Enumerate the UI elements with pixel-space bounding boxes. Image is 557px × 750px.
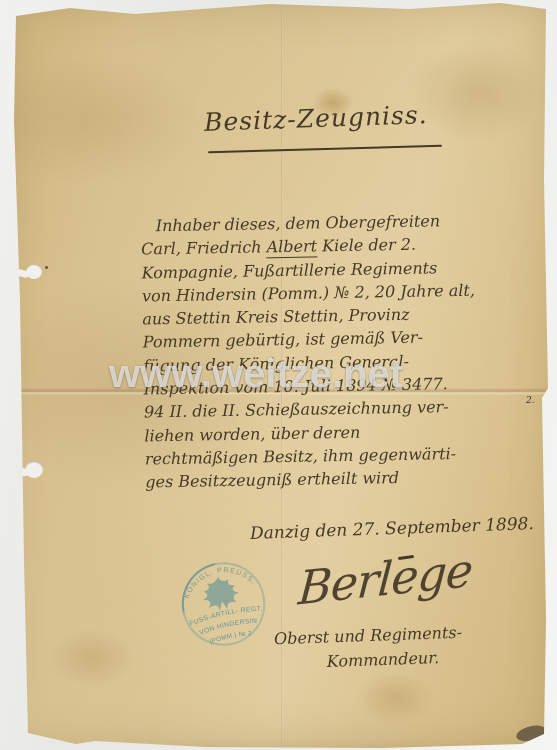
signer-rank-line: Oberst und Regiments-	[274, 623, 463, 649]
regiment-ink-stamp: KÖNIGL. PREUSS. FUSS-ARTILL- REGT. VON H…	[158, 540, 291, 673]
commander-signature: Berlege	[297, 543, 474, 616]
document-title: Besitz-Zeugniss.	[204, 100, 429, 137]
punch-hole-top	[26, 264, 42, 279]
corner-stain	[515, 724, 549, 743]
margin-annotation: 2.	[526, 396, 535, 406]
date-line: Danzig den 27. September 1898.	[250, 514, 534, 544]
foxing-spot	[45, 266, 48, 269]
signer-rank-line: Kommandeur.	[298, 647, 469, 672]
photo-backdrop: Besitz-Zeugniss. Inhaber dieses, dem Obe…	[0, 0, 557, 750]
body-text: Carl, Friedrich	[141, 238, 267, 259]
weitze-watermark: www.weitze.net	[109, 352, 403, 397]
underlined-name: Albert	[266, 237, 317, 259]
punch-hole-bottom	[25, 461, 43, 478]
title-underline	[208, 145, 442, 154]
body-text: Kiele der 2.	[317, 235, 416, 256]
document-body: Inhaber dieses, dem Obergefreiten Carl, …	[141, 208, 546, 495]
